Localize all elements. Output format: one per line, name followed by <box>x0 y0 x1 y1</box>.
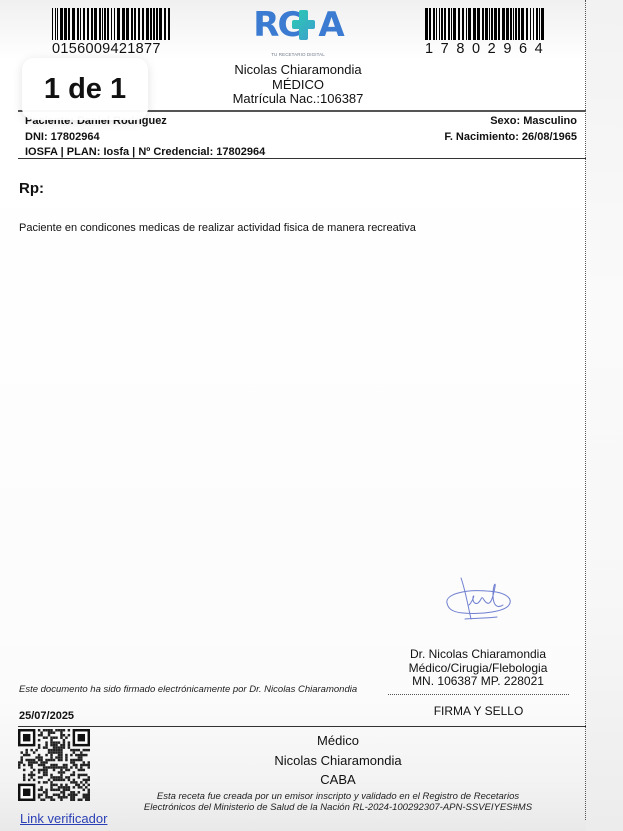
barcode-bar <box>142 8 144 40</box>
barcode-bar <box>83 8 85 40</box>
rp-heading: Rp: <box>19 180 44 197</box>
prescription-text: Paciente en condicones medicas de realiz… <box>19 222 416 234</box>
barcode-bar <box>104 8 106 40</box>
barcode-bar <box>102 8 103 40</box>
barcode-bar <box>77 8 79 40</box>
signer-name: Dr. Nicolas Chiaramondia <box>396 648 560 662</box>
barcode-bar <box>539 8 540 40</box>
barcode-bar <box>114 8 115 40</box>
barcode-bar <box>536 8 538 40</box>
qr-code <box>18 729 90 801</box>
doctor-title: MÉDICO <box>200 78 396 93</box>
signer-specialty: Médico/Cirugia/Flebologia <box>396 662 560 676</box>
barcode-bar <box>72 8 75 40</box>
barcode-bar <box>168 8 170 40</box>
footer-info: Médico Nicolas Chiaramondia CABA Esta re… <box>120 731 556 814</box>
signer-registration: MN. 106387 MP. 228021 <box>396 675 560 689</box>
barcode-bar <box>107 8 109 40</box>
barcode-bar <box>473 8 476 40</box>
signature-line <box>388 694 569 695</box>
barcode-bar <box>91 8 93 40</box>
doctor-header: Nicolas Chiaramondia MÉDICO Matrícula Na… <box>200 63 396 107</box>
barcode-bar <box>526 8 528 40</box>
barcode-bar <box>510 8 512 40</box>
barcode-bar <box>117 8 120 40</box>
barcode-bar <box>477 8 480 40</box>
barcode-bar <box>425 8 428 40</box>
barcode-bar <box>491 8 493 40</box>
barcode-bar <box>159 8 162 40</box>
barcode-bar <box>439 8 440 40</box>
patient-info: Paciente: Daniel Rodríguez Sexo: Masculi… <box>25 114 577 161</box>
barcode-bar <box>87 8 89 40</box>
barcode-right <box>425 8 546 40</box>
barcode-bar <box>515 8 517 40</box>
barcode-bar <box>57 8 58 40</box>
barcode-bar <box>485 8 488 40</box>
barcode-bar <box>150 8 152 40</box>
barcode-bar <box>429 8 431 40</box>
barcode-bar <box>521 8 524 40</box>
barcode-bar <box>513 8 514 40</box>
rcha-logo: RCA TU RECETARIO DIGITAL <box>250 8 346 54</box>
barcode-bar <box>55 8 56 40</box>
barcode-bar <box>541 8 544 40</box>
barcode-bar <box>60 8 63 40</box>
barcode-bar <box>448 8 450 40</box>
doctor-name: Nicolas Chiaramondia <box>200 63 396 78</box>
barcode-bar <box>506 8 509 40</box>
barcode-bar <box>146 8 149 40</box>
patient-divider <box>18 158 586 159</box>
barcode-bar <box>494 8 497 40</box>
barcode-bar <box>451 8 452 40</box>
barcode-bar <box>64 8 67 40</box>
medical-cross-icon <box>292 10 314 40</box>
patient-birth-date: F. Nacimiento: 26/08/1965 <box>444 130 577 146</box>
barcode-bar <box>164 8 166 40</box>
page-indicator: 1 de 1 <box>22 58 148 120</box>
barcode-bar <box>68 8 70 40</box>
patient-sex: Sexo: Masculino <box>490 114 577 130</box>
footer-role: Médico <box>120 731 556 751</box>
barcode-bar <box>462 8 464 40</box>
doctor-license: Matrícula Nac.:106387 <box>200 92 396 107</box>
barcode-right-number: 17802964 <box>425 41 550 57</box>
barcode-bar <box>138 8 140 40</box>
barcode-bar <box>99 8 101 40</box>
barcode-bar <box>433 8 435 40</box>
barcode-bar <box>489 8 490 40</box>
barcode-bar <box>131 8 133 40</box>
barcode-left-number: 0156009421877 <box>52 41 161 57</box>
barcode-bar <box>153 8 155 40</box>
electronic-signature-note: Este documento ha sido firmado electróni… <box>19 684 357 695</box>
patient-dni: DNI: 17802964 <box>25 130 100 146</box>
footer-divider <box>18 726 586 727</box>
barcode-bar <box>52 8 53 40</box>
legal-line-1: Esta receta fue creada por un emisor ins… <box>120 791 556 803</box>
barcode-bar <box>518 8 520 40</box>
barcode-bar <box>468 8 471 40</box>
barcode-bar <box>533 8 534 40</box>
legal-notice: Esta receta fue creada por un emisor ins… <box>120 791 556 814</box>
barcode-bar <box>444 8 446 40</box>
barcode-bar <box>134 8 136 40</box>
barcode-bar <box>498 8 500 40</box>
barcode-bar <box>126 8 129 40</box>
signature-block: Dr. Nicolas Chiaramondia Médico/Cirugia/… <box>396 648 560 689</box>
barcode-bar <box>458 8 460 40</box>
barcode-left <box>52 8 172 40</box>
barcode-bar <box>436 8 437 40</box>
footer-name: Nicolas Chiaramondia <box>120 751 556 771</box>
barcode-bar <box>530 8 531 40</box>
signature-label: FIRMA Y SELLO <box>388 704 569 718</box>
barcode-bar <box>156 8 158 40</box>
viewer-gutter <box>586 0 623 831</box>
logo-subtitle: TU RECETARIO DIGITAL <box>250 52 346 57</box>
barcode-bar <box>466 8 467 40</box>
barcode-bar <box>482 8 484 40</box>
barcode-bar <box>94 8 97 40</box>
verifier-link[interactable]: Link verificador <box>20 811 107 826</box>
barcode-bar <box>441 8 443 40</box>
barcode-bar <box>111 8 112 40</box>
handwritten-signature <box>443 575 515 623</box>
legal-line-2: Electrónicos del Ministerio de Salud de … <box>120 802 556 814</box>
barcode-bar <box>122 8 125 40</box>
barcode-bar <box>502 8 505 40</box>
footer-location: CABA <box>120 770 556 790</box>
prescription-date: 25/07/2025 <box>19 710 74 722</box>
barcode-bar <box>453 8 456 40</box>
barcode-bar <box>80 8 81 40</box>
page-edge <box>585 0 586 820</box>
